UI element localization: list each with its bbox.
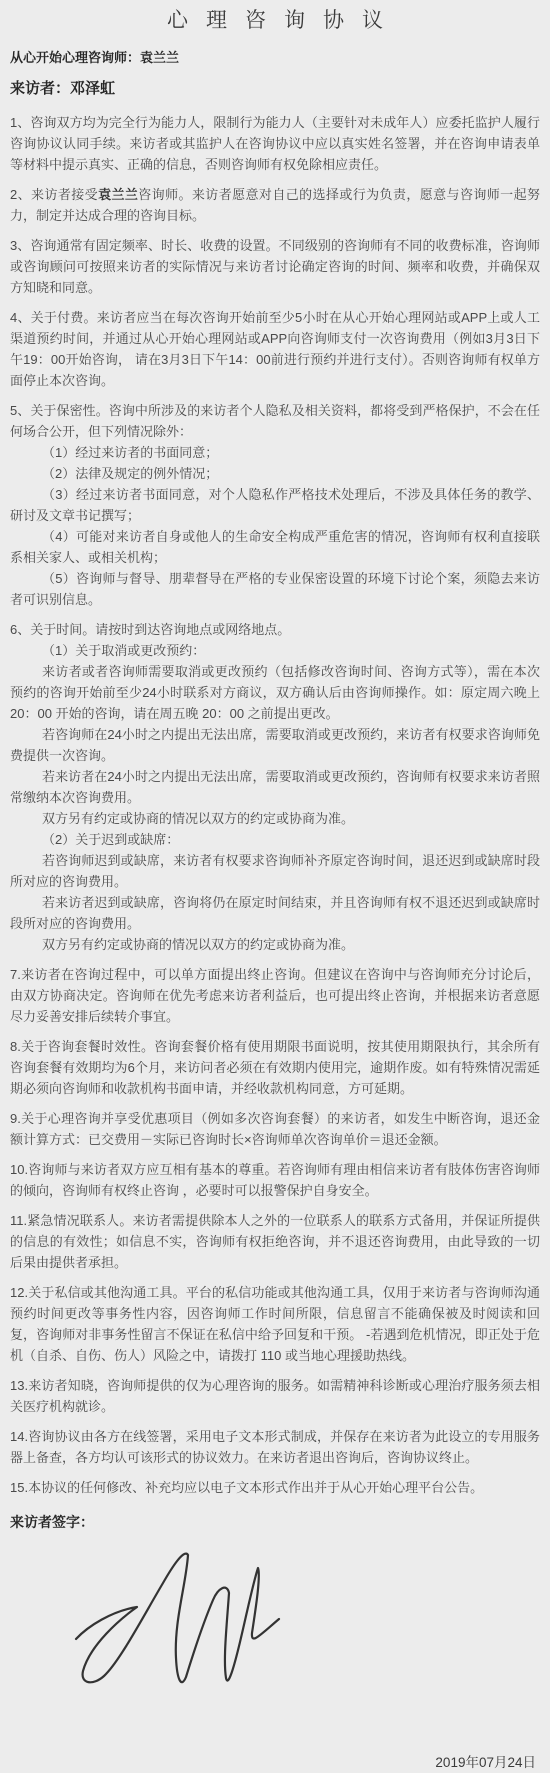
clause-12: 12.关于私信或其他沟通工具。平台的私信功能或其他沟通工具，仅用于来访者与咨询师… — [10, 1282, 540, 1366]
clause-list: 1、咨询双方均为完全行为能力人，限制行为能力人（主要针对未成年人）应委托监护人履… — [10, 112, 540, 1498]
clause-5-intro: 5、关于保密性。咨询中所涉及的来访者个人隐私及相关资料，都将受到严格保护，不会在… — [10, 400, 540, 442]
clause-8-text: 8.关于咨询套餐时效性。咨询套餐价格有使用期限书面说明，按其使用期限执行，其余所… — [10, 1036, 540, 1099]
clause-5: 5、关于保密性。咨询中所涉及的来访者个人隐私及相关资料，都将受到严格保护，不会在… — [10, 400, 540, 610]
clause-6-item-1-para-1: 来访者或者咨询师需要取消或更改预约（包括修改咨询时间、咨询方式等），需在本次预约… — [10, 661, 540, 724]
clause-8: 8.关于咨询套餐时效性。咨询套餐价格有使用期限书面说明，按其使用期限执行，其余所… — [10, 1036, 540, 1099]
clause-15-text: 15.本协议的任何修改、补充均应以电子文本形式作出并于从心开始心理平台公告。 — [10, 1477, 540, 1498]
clause-14-text: 14.咨询协议由各方在线签署，采用电子文本形式制成，并保存在来访者为此设立的专用… — [10, 1426, 540, 1468]
clause-3: 3、咨询通常有固定频率、时长、收费的设置。不同级别的咨询师有不同的收费标准，咨询… — [10, 235, 540, 298]
counselor-name: 袁兰兰 — [140, 50, 179, 65]
clause-6-item-2-title: （2）关于迟到或缺席： — [10, 829, 540, 850]
clause-10-text: 10.咨询师与来访者双方应互相有基本的尊重。若咨询师有理由相信来访者有肢体伤害咨… — [10, 1159, 540, 1201]
clause-6-item-1-para-3: 若来访者在24小时之内提出无法出席，需要取消或更改预约，咨询师有权要求来访者照常… — [10, 766, 540, 808]
signature-label: 来访者签字： — [10, 1513, 540, 1531]
clause-6-item-1-para-2: 若咨询师在24小时之内提出无法出席，需要取消或更改预约，来访者有权要求咨询师免费… — [10, 724, 540, 766]
clause-11-text: 11.紧急情况联系人。来访者需提供除本人之外的一位联系人的联系方式备用，并保证所… — [10, 1210, 540, 1273]
clause-5-item-5: （5）咨询师与督导、朋辈督导在严格的专业保密设置的环境下讨论个案，须隐去来访者可… — [10, 568, 540, 610]
clause-2-part-1: 2、来访者接受 — [10, 187, 98, 202]
clause-6-item-2-para-3: 双方另有约定或协商的情况以双方的约定或协商为准。 — [10, 934, 540, 955]
signature-area — [10, 1531, 540, 1723]
clause-9-text: 9.关于心理咨询并享受优惠项目（例如多次咨询套餐）的来访者，如发生中断咨询，退还… — [10, 1108, 540, 1150]
counselor-label: 从心开始心理咨询师： — [10, 50, 140, 65]
clause-6: 6、关于时间。请按时到达咨询地点或网络地点。 （1）关于取消或更改预约： 来访者… — [10, 619, 540, 955]
clause-6-item-1-para-4: 双方另有约定或协商的情况以双方的约定或协商为准。 — [10, 808, 540, 829]
clause-2: 2、来访者接受袁兰兰咨询师。来访者愿意对自己的选择或行为负责，愿意与咨询师一起努… — [10, 184, 540, 226]
clause-2-text: 2、来访者接受袁兰兰咨询师。来访者愿意对自己的选择或行为负责，愿意与咨询师一起努… — [10, 184, 540, 226]
clause-3-text: 3、咨询通常有固定频率、时长、收费的设置。不同级别的咨询师有不同的收费标准，咨询… — [10, 235, 540, 298]
clause-13-text: 13.来访者知晓，咨询师提供的仅为心理咨询的服务。如需精神科诊断或心理治疗服务须… — [10, 1375, 540, 1417]
visitor-label: 来访者： — [10, 80, 70, 97]
visitor-name: 邓泽虹 — [70, 80, 115, 97]
clause-5-item-4: （4）可能对来访者自身或他人的生命安全构成严重危害的情况，咨询师有权利直接联系相… — [10, 526, 540, 568]
page-title: 心理咨询协议 — [10, 5, 540, 35]
clause-11: 11.紧急情况联系人。来访者需提供除本人之外的一位联系人的联系方式备用，并保证所… — [10, 1210, 540, 1273]
clause-5-item-3: （3）经过来访者书面同意，对个人隐私作严格技术处理后，不涉及具体任务的教学、研讨… — [10, 484, 540, 526]
clause-10: 10.咨询师与来访者双方应互相有基本的尊重。若咨询师有理由相信来访者有肢体伤害咨… — [10, 1159, 540, 1201]
clause-15: 15.本协议的任何修改、补充均应以电子文本形式作出并于从心开始心理平台公告。 — [10, 1477, 540, 1498]
signature-date: 2019年07月24日 — [10, 1751, 540, 1771]
clause-14: 14.咨询协议由各方在线签署，采用电子文本形式制成，并保存在来访者为此设立的专用… — [10, 1426, 540, 1468]
agreement-document: 心理咨询协议 从心开始心理咨询师：袁兰兰 来访者：邓泽虹 1、咨询双方均为完全行… — [0, 0, 550, 1773]
clause-6-item-1-title: （1）关于取消或更改预约： — [10, 640, 540, 661]
clause-12-text: 12.关于私信或其他沟通工具。平台的私信功能或其他沟通工具，仅用于来访者与咨询师… — [10, 1282, 540, 1366]
clause-9: 9.关于心理咨询并享受优惠项目（例如多次咨询套餐）的来访者，如发生中断咨询，退还… — [10, 1108, 540, 1150]
clause-1-text: 1、咨询双方均为完全行为能力人，限制行为能力人（主要针对未成年人）应委托监护人履… — [10, 112, 540, 175]
clause-1: 1、咨询双方均为完全行为能力人，限制行为能力人（主要针对未成年人）应委托监护人履… — [10, 112, 540, 175]
clause-5-item-2: （2）法律及规定的例外情况； — [10, 463, 540, 484]
clause-4: 4、关于付费。来访者应当在每次咨询开始前至少5小时在从心开始心理网站或APP上或… — [10, 307, 540, 391]
clause-6-item-2-para-2: 若来访者迟到或缺席，咨询将仍在原定时间结束，并且咨询师有权不退还迟到或缺席时段所… — [10, 892, 540, 934]
clause-7-text: 7.来访者在咨询过程中，可以单方面提出终止咨询。但建议在咨询中与咨询师充分讨论后… — [10, 964, 540, 1027]
clause-4-text: 4、关于付费。来访者应当在每次咨询开始前至少5小时在从心开始心理网站或APP上或… — [10, 307, 540, 391]
clause-13: 13.来访者知晓，咨询师提供的仅为心理咨询的服务。如需精神科诊断或心理治疗服务须… — [10, 1375, 540, 1417]
clause-7: 7.来访者在咨询过程中，可以单方面提出终止咨询。但建议在咨询中与咨询师充分讨论后… — [10, 964, 540, 1027]
visitor-signature-image — [62, 1539, 292, 1704]
clause-2-counselor-name: 袁兰兰 — [98, 187, 138, 202]
counselor-line: 从心开始心理咨询师：袁兰兰 — [10, 50, 540, 67]
visitor-line: 来访者：邓泽虹 — [10, 79, 540, 99]
clause-5-item-1: （1）经过来访者的书面同意； — [10, 442, 540, 463]
clause-6-item-2-para-1: 若咨询师迟到或缺席，来访者有权要求咨询师补齐原定咨询时间，退还迟到或缺席时段所对… — [10, 850, 540, 892]
clause-6-intro: 6、关于时间。请按时到达咨询地点或网络地点。 — [10, 619, 540, 640]
